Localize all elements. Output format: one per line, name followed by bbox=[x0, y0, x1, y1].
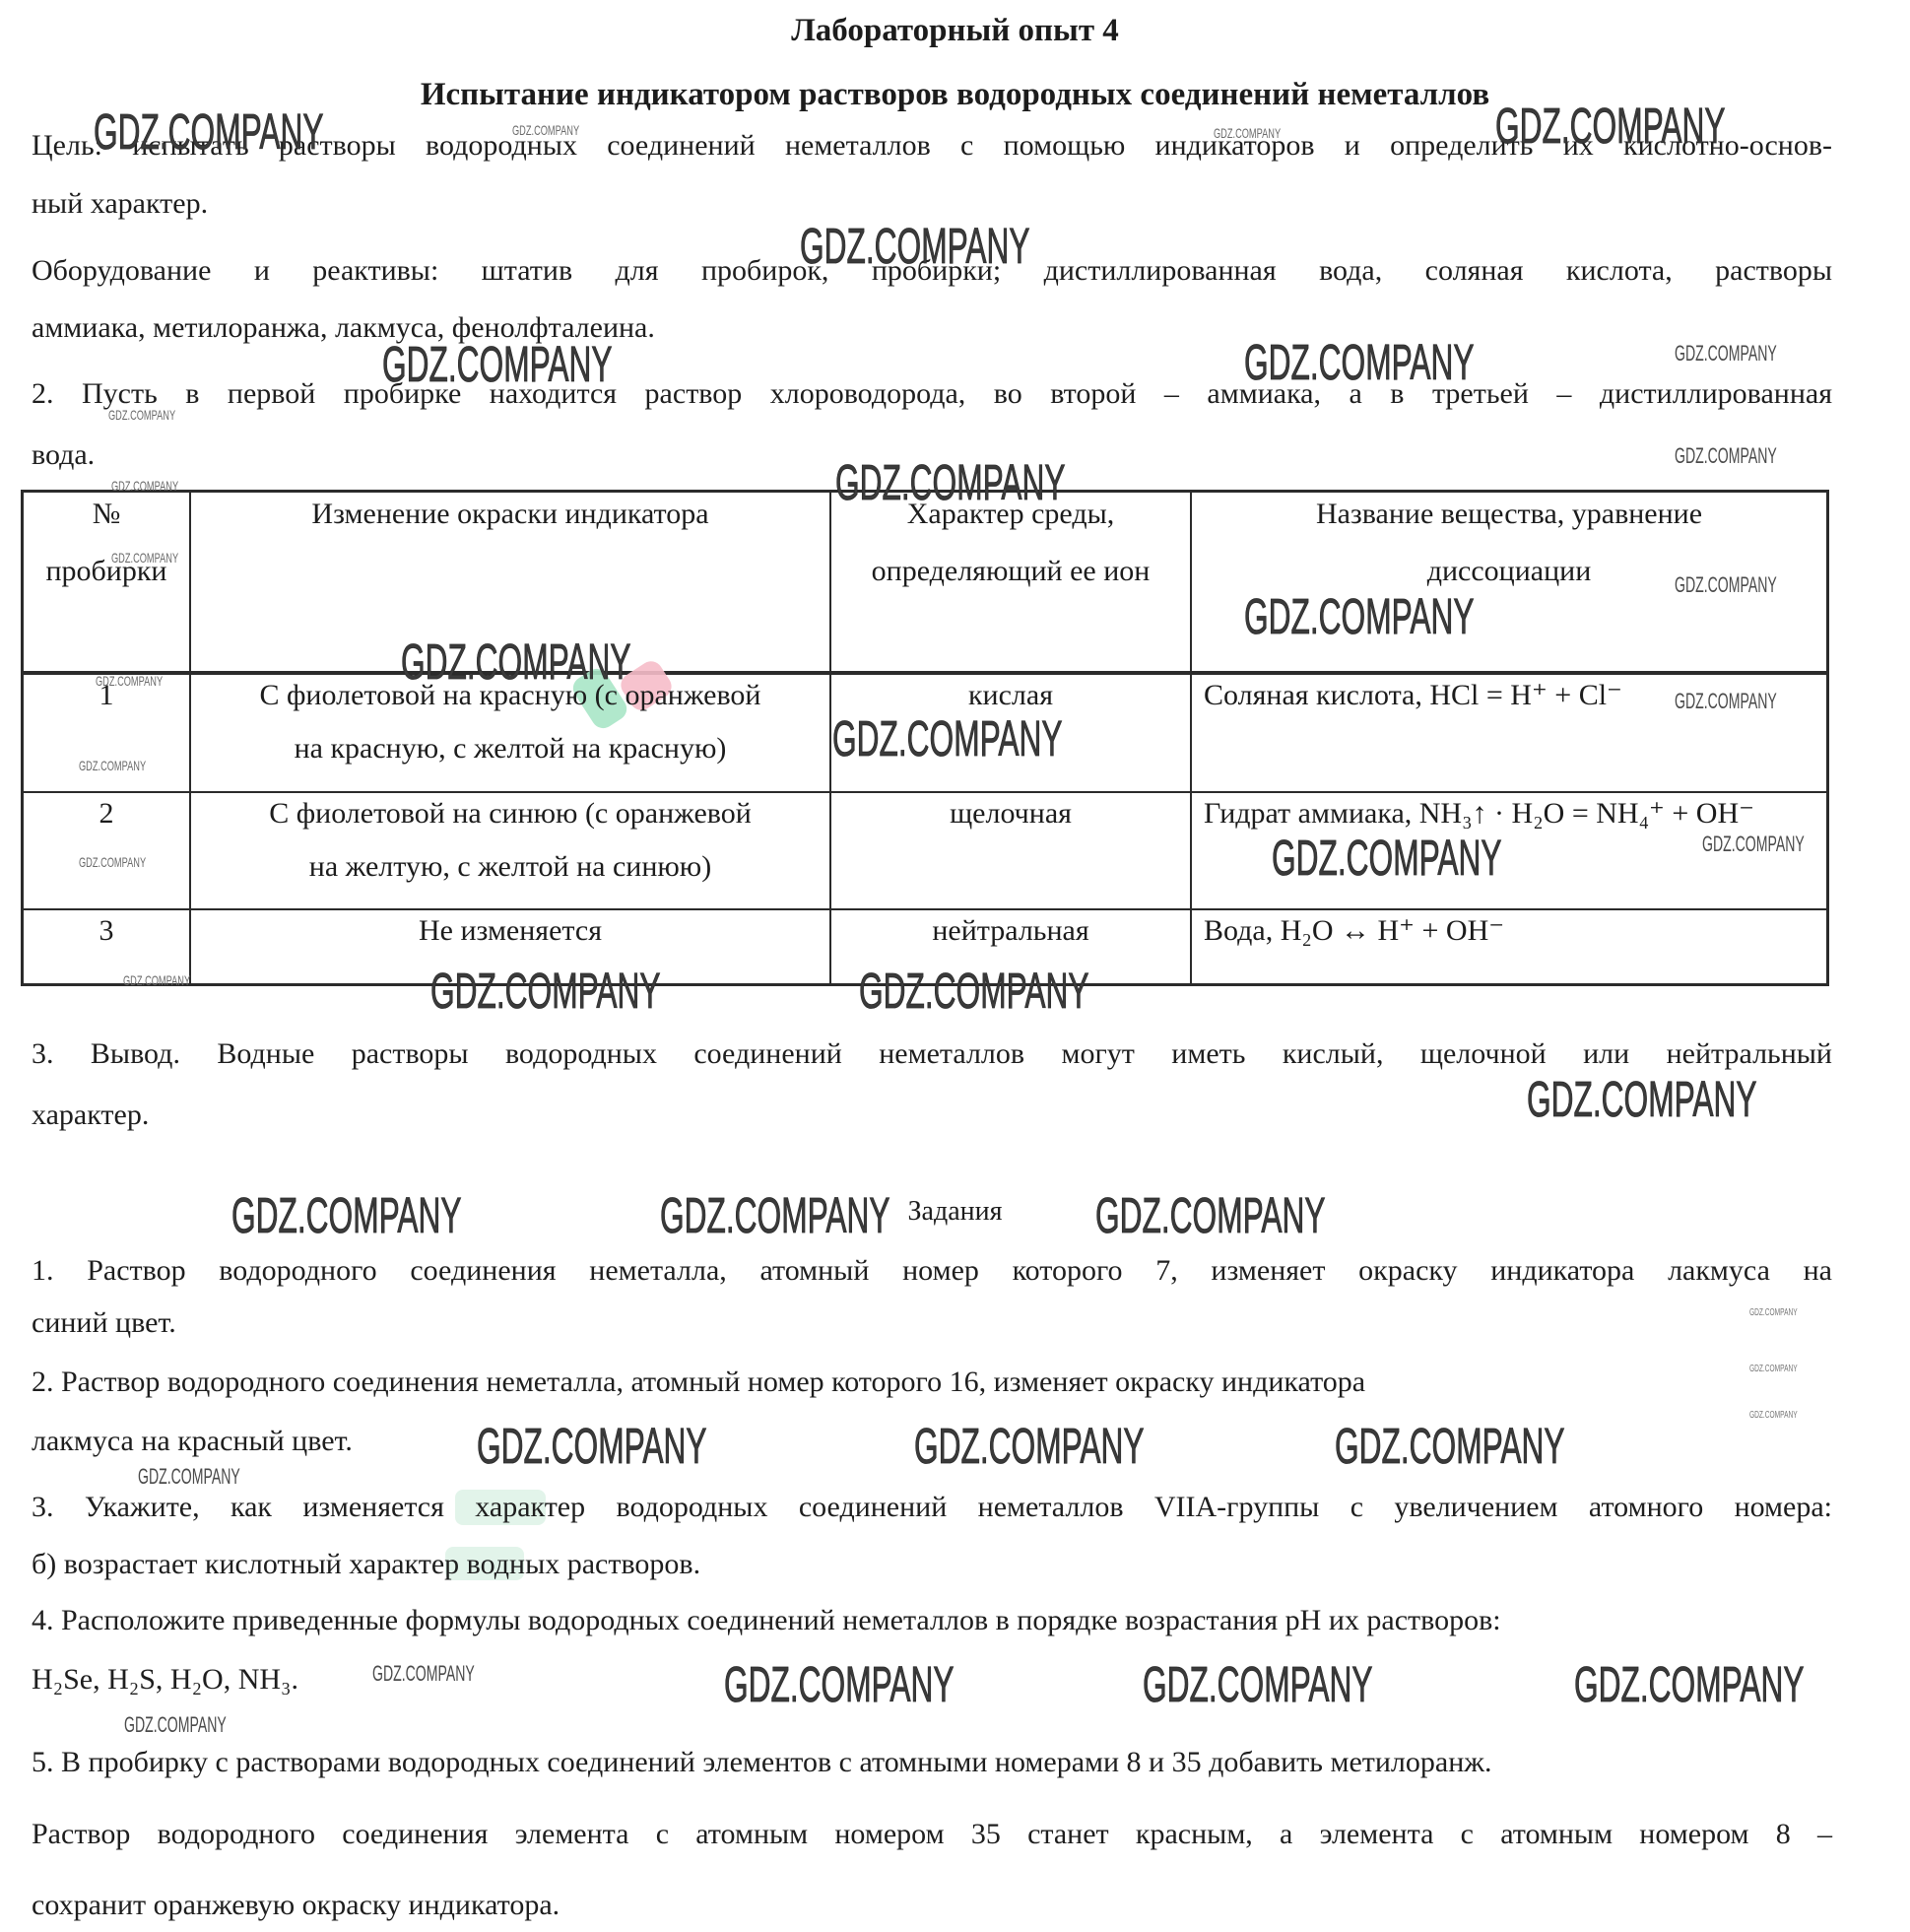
table-row-2-change: С фиолетовой на синюю (с оранжевой на же… bbox=[191, 793, 831, 910]
table-row-1-change: С фиолетовой на красную (с оранжевой на … bbox=[191, 675, 831, 793]
equipment-line-1: Оборудование и реактивы: штатив для проб… bbox=[32, 253, 1832, 289]
results-table: № пробирки Изменение окраски индикатора … bbox=[21, 490, 1829, 986]
task-4-line-2: H₂Se, H₂S, H₂O, NH₃. bbox=[32, 1662, 1832, 1698]
table-row-3-num: 3 bbox=[24, 910, 191, 983]
table-row-3-substance: Вода, H₂O ↔ H⁺ + OH⁻ bbox=[1192, 910, 1826, 983]
task-5-line-3: сохранит оранжевую окраску индикатора. bbox=[32, 1888, 1832, 1923]
equipment-line-2: аммиака, метилоранжа, лакмуса, фенолфтал… bbox=[32, 310, 1832, 346]
gdz-watermark: GDZ.COMPANY bbox=[138, 1466, 240, 1491]
task-5-line-2: Раствор водородного соединения элемента … bbox=[32, 1817, 1832, 1852]
conclusion-line-1: 3. Вывод. Водные растворы водородных сое… bbox=[32, 1036, 1832, 1072]
step2-line-1: 2. Пусть в первой пробирке находится рас… bbox=[32, 376, 1832, 412]
tasks-heading: Задания bbox=[0, 1196, 1910, 1228]
table-row-1-substance: Соляная кислота, HCl = H⁺ + Cl⁻ bbox=[1192, 675, 1826, 793]
task-3-line-1: 3. Укажите, как изменяется характер водо… bbox=[32, 1490, 1832, 1525]
table-header-tube-number: № пробирки bbox=[24, 493, 191, 675]
table-row-2-num: 2 bbox=[24, 793, 191, 910]
goal-line-2: ный характер. bbox=[32, 186, 1832, 222]
table-row-3-change: Не изменяется bbox=[191, 910, 831, 983]
document-page: Лабораторный опыт 4 Испытание индикаторо… bbox=[0, 0, 1910, 1932]
gdz-watermark: GDZ.COMPANY bbox=[1675, 343, 1777, 367]
task-2-line-2: лакмуса на красный цвет. bbox=[32, 1424, 1832, 1459]
goal-line-1: Цель: испытать растворы водородных соеди… bbox=[32, 128, 1832, 164]
conclusion-line-2: характер. bbox=[32, 1098, 1832, 1133]
table-row-2-medium: щелочная bbox=[831, 793, 1192, 910]
task-1-line-1: 1. Раствор водородного соединения немета… bbox=[32, 1253, 1832, 1289]
task-4-line-1: 4. Расположите приведенные формулы водор… bbox=[32, 1603, 1832, 1638]
document-subtitle: Испытание индикатором растворов водородн… bbox=[0, 77, 1910, 113]
task-5-line-1: 5. В пробирку с растворами водородных со… bbox=[32, 1745, 1832, 1780]
table-row-2-substance: Гидрат аммиака, NH₃↑ · H₂O = NH₄⁺ + OH⁻ bbox=[1192, 793, 1826, 910]
step2-line-2: вода. bbox=[32, 437, 1832, 473]
table-header-medium-character: Характер среды, определяющий ее ион bbox=[831, 493, 1192, 675]
gdz-watermark: GDZ.COMPANY bbox=[1749, 1409, 1798, 1421]
document-title: Лабораторный опыт 4 bbox=[0, 13, 1910, 49]
table-row-1-medium: кислая bbox=[831, 675, 1192, 793]
table-row-3-medium: нейтральная bbox=[831, 910, 1192, 983]
table-row-1-num: 1 bbox=[24, 675, 191, 793]
gdz-watermark: GDZ.COMPANY bbox=[124, 1714, 227, 1739]
table-header-substance-equation: Название вещества, уравнение диссоциации bbox=[1192, 493, 1826, 675]
task-2-line-1: 2. Раствор водородного соединения немета… bbox=[32, 1365, 1832, 1400]
task-1-line-2: синий цвет. bbox=[32, 1305, 1832, 1341]
task-3-line-2: б) возрастает кислотный характер водных … bbox=[32, 1547, 1832, 1582]
table-header-indicator-change: Изменение окраски индикатора bbox=[191, 493, 831, 675]
